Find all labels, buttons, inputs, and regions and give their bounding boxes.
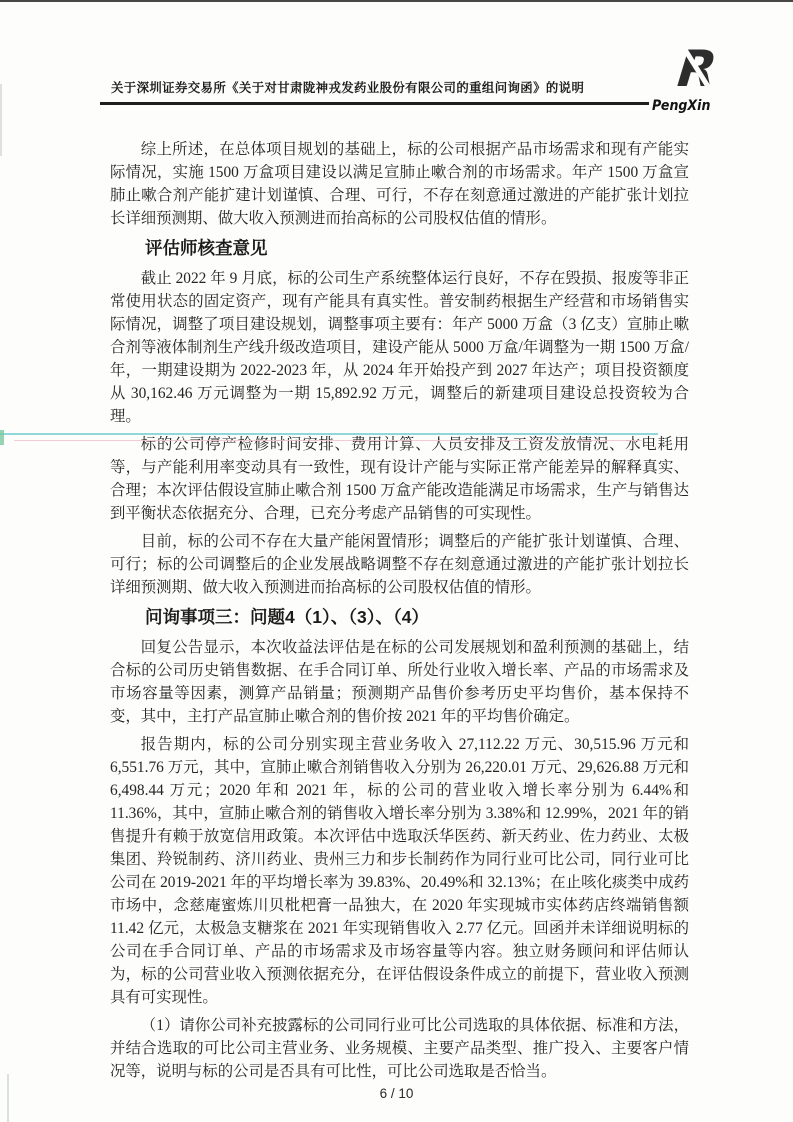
document-body: 综上所述，在总体项目规划的基础上，标的公司根据产品市场需求和现有产能实际情况，实… xyxy=(110,138,689,1088)
paragraph-conclusion-capacity-plan: 综上所述，在总体项目规划的基础上，标的公司根据产品市场需求和现有产能实际情况，实… xyxy=(110,138,689,230)
header-divider-rule xyxy=(100,102,649,105)
scan-artifact-cyan-line xyxy=(0,433,658,435)
paragraph-production-system-adjustments: 截止 2022 年 9 月底，标的公司生产系统整体运行良好，不存在毁损、报废等非… xyxy=(110,267,689,428)
scan-artifact-green-edge-mark xyxy=(0,430,4,445)
scanned-document-page: 关于深圳证券交易所《关于对甘肃陇神戎发药业股份有限公司的重组问询函》的说明 R … xyxy=(0,0,793,1122)
document-header-title: 关于深圳证券交易所《关于对甘肃陇神戎发药业股份有限公司的重组问询函》的说明 xyxy=(111,78,671,96)
scan-top-edge xyxy=(0,0,793,2)
pengxin-logo: R PengXin xyxy=(650,42,754,122)
section-heading-appraiser-review-opinion: 评估师核查意见 xyxy=(110,236,689,261)
page-number-footer: 6 / 10 xyxy=(0,1086,793,1101)
pengxin-logo-brand-text: PengXin xyxy=(652,98,742,114)
paragraph-question-1-disclosure-request: （1）请你公司补充披露标的公司同行业可比公司选取的具体依据、标准和方法，并结合选… xyxy=(110,1014,689,1083)
page-number: 6 / 10 xyxy=(380,1086,414,1101)
scan-artifact-pink-line xyxy=(14,440,642,441)
paragraph-income-approach-basis: 回复公告显示，本次收益法评估是在标的公司发展规划和盈利预测的基础上，结合标的公司… xyxy=(110,636,689,728)
paragraph-no-idle-capacity: 目前，标的公司不存在大量产能闲置情形；调整后的产能扩张计划谨慎、合理、可行；标的… xyxy=(110,530,689,599)
scan-artifact-gray-edge-mark xyxy=(0,84,2,156)
section-heading-inquiry-item-three: 问询事项三：问题4（1）、（3）、（4） xyxy=(110,605,689,630)
paragraph-revenue-figures-and-comparables: 报告期内，标的公司分别实现主营业务收入 27,112.22 万元、30,515.… xyxy=(110,733,689,1009)
paragraph-maintenance-consistency: 标的公司停产检修时间安排、费用计算、人员安排及工资发放情况、水电耗用等，与产能利… xyxy=(110,433,689,525)
